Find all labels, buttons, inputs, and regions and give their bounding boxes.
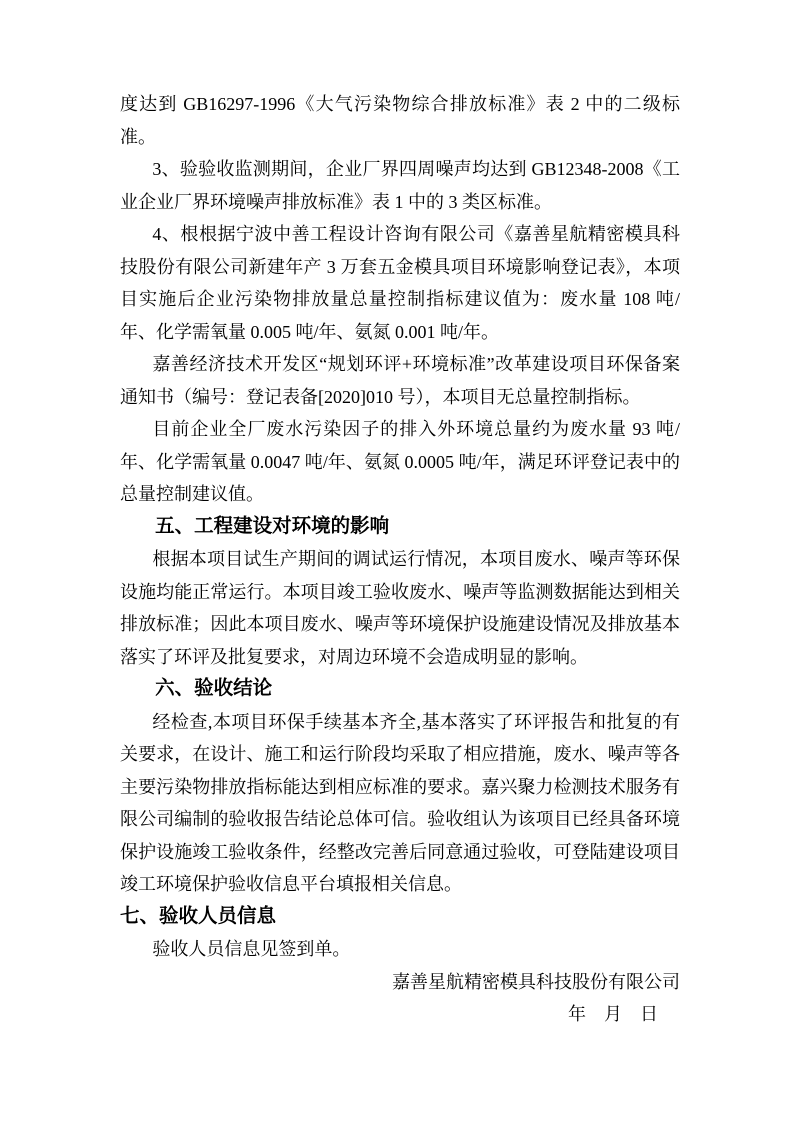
paragraph-continuation-standard: 度达到 GB16297-1996《大气污染物综合排放标准》表 2 中的二级标准。 [120, 88, 680, 153]
signature-company-name: 嘉善星航精密模具科技股份有限公司 [120, 966, 680, 999]
section-heading-6-acceptance-conclusion: 六、验收结论 [120, 673, 680, 706]
paragraph-filing-notice: 嘉善经济技术开发区“规划环评+环境标准”改革建设项目环保备案通知书（编号：登记表… [120, 348, 680, 413]
signature-date-line: 年 月 日 [120, 998, 680, 1031]
paragraph-item-4-total-control: 4、根根据宁波中善工程设计咨询有限公司《嘉善星航精密模具科技股份有限公司新建年产… [120, 218, 680, 348]
paragraph-current-discharge: 目前企业全厂废水污染因子的排入外环境总量约为废水量 93 吨/年、化学需氧量 0… [120, 413, 680, 511]
paragraph-personnel-note: 验收人员信息见签到单。 [120, 933, 680, 966]
section-heading-7-personnel-info: 七、验收人员信息 [120, 901, 680, 934]
paragraph-item-3-noise: 3、验验收监测期间，企业厂界四周噪声均达到 GB12348-2008《工业企业厂… [120, 153, 680, 218]
paragraph-conclusion-detail: 经检查,本项目环保手续基本齐全,基本落实了环评报告和批复的有关要求，在设计、施工… [120, 706, 680, 901]
document-page: 度达到 GB16297-1996《大气污染物综合排放标准》表 2 中的二级标准。… [0, 0, 800, 1131]
section-heading-5-environment-impact: 五、工程建设对环境的影响 [120, 511, 680, 544]
paragraph-impact-detail: 根据本项目试生产期间的调试运行情况，本项目废水、噪声等环保设施均能正常运行。本项… [120, 543, 680, 673]
